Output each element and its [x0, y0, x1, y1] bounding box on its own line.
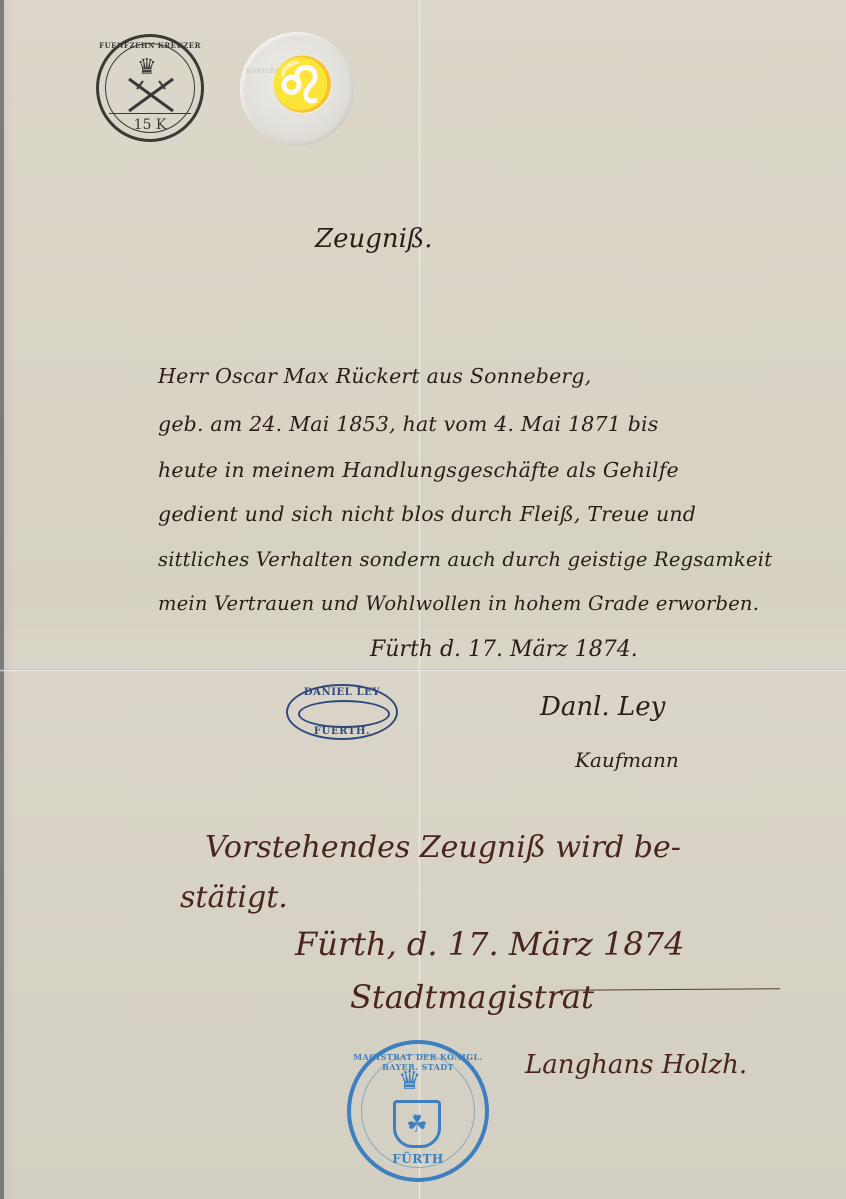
merchant-stamp-inner-oval	[298, 700, 390, 728]
city-seal-city: FÜRTH	[351, 1152, 485, 1166]
certification-authority: Stadtmagistrat	[350, 978, 594, 1016]
merchant-signature: Danl. Ley	[540, 692, 665, 722]
letter-line-2: geb. am 24. Mai 1853, hat vom 4. Mai 187…	[158, 412, 659, 436]
shield-icon: ☘	[393, 1100, 441, 1148]
tax-stamp: FUENFZEHN KREUZER ♛ 15 K	[96, 34, 204, 142]
document-page: FUENFZEHN KREUZER ♛ 15 K KONIGREICH BAYE…	[0, 0, 846, 1199]
tax-stamp-value: 15 K	[99, 117, 201, 133]
letter-line-6: mein Vertrauen und Wohlwollen in hohem G…	[158, 592, 759, 615]
clover-icon: ☘	[406, 1110, 428, 1138]
tax-stamp-rim-text: FUENFZEHN KREUZER	[99, 41, 201, 50]
letter-line-4: gedient und sich nicht blos durch Fleiß,…	[158, 502, 696, 526]
crown-icon: ♛	[398, 1066, 421, 1096]
tax-stamp-divider	[109, 113, 191, 114]
certification-signature: Langhans Holzh.	[525, 1050, 747, 1080]
embossed-seal: KONIGREICH BAYERN ♌	[240, 32, 354, 146]
letter-heading: Zeugniß.	[315, 224, 433, 254]
certification-line-2: stätigt.	[180, 880, 288, 915]
horizontal-fold-crease	[0, 669, 846, 672]
crossed-swords-icon	[123, 75, 179, 115]
letter-line-1: Herr Oscar Max Rückert aus Sonneberg,	[158, 364, 591, 388]
merchant-stamp-city: FUERTH.	[288, 726, 396, 737]
merchant-title: Kaufmann	[575, 748, 679, 772]
letter-place-date: Fürth d. 17. März 1874.	[370, 637, 638, 662]
merchant-stamp: DANIEL LEY FUERTH.	[286, 684, 398, 740]
certification-place-date: Fürth, d. 17. März 1874	[295, 925, 684, 963]
letter-line-3: heute in meinem Handlungsgeschäfte als G…	[158, 458, 679, 482]
letter-line-5: sittliches Verhalten sondern auch durch …	[158, 548, 772, 571]
lion-icon: ♌	[270, 54, 335, 115]
city-seal: MAGISTRAT DER KÖNIGL. BAYER. STADT ♛ ☘ F…	[347, 1040, 489, 1182]
certification-line-1: Vorstehendes Zeugniß wird be-	[205, 830, 681, 865]
merchant-stamp-name: DANIEL LEY	[288, 687, 396, 698]
